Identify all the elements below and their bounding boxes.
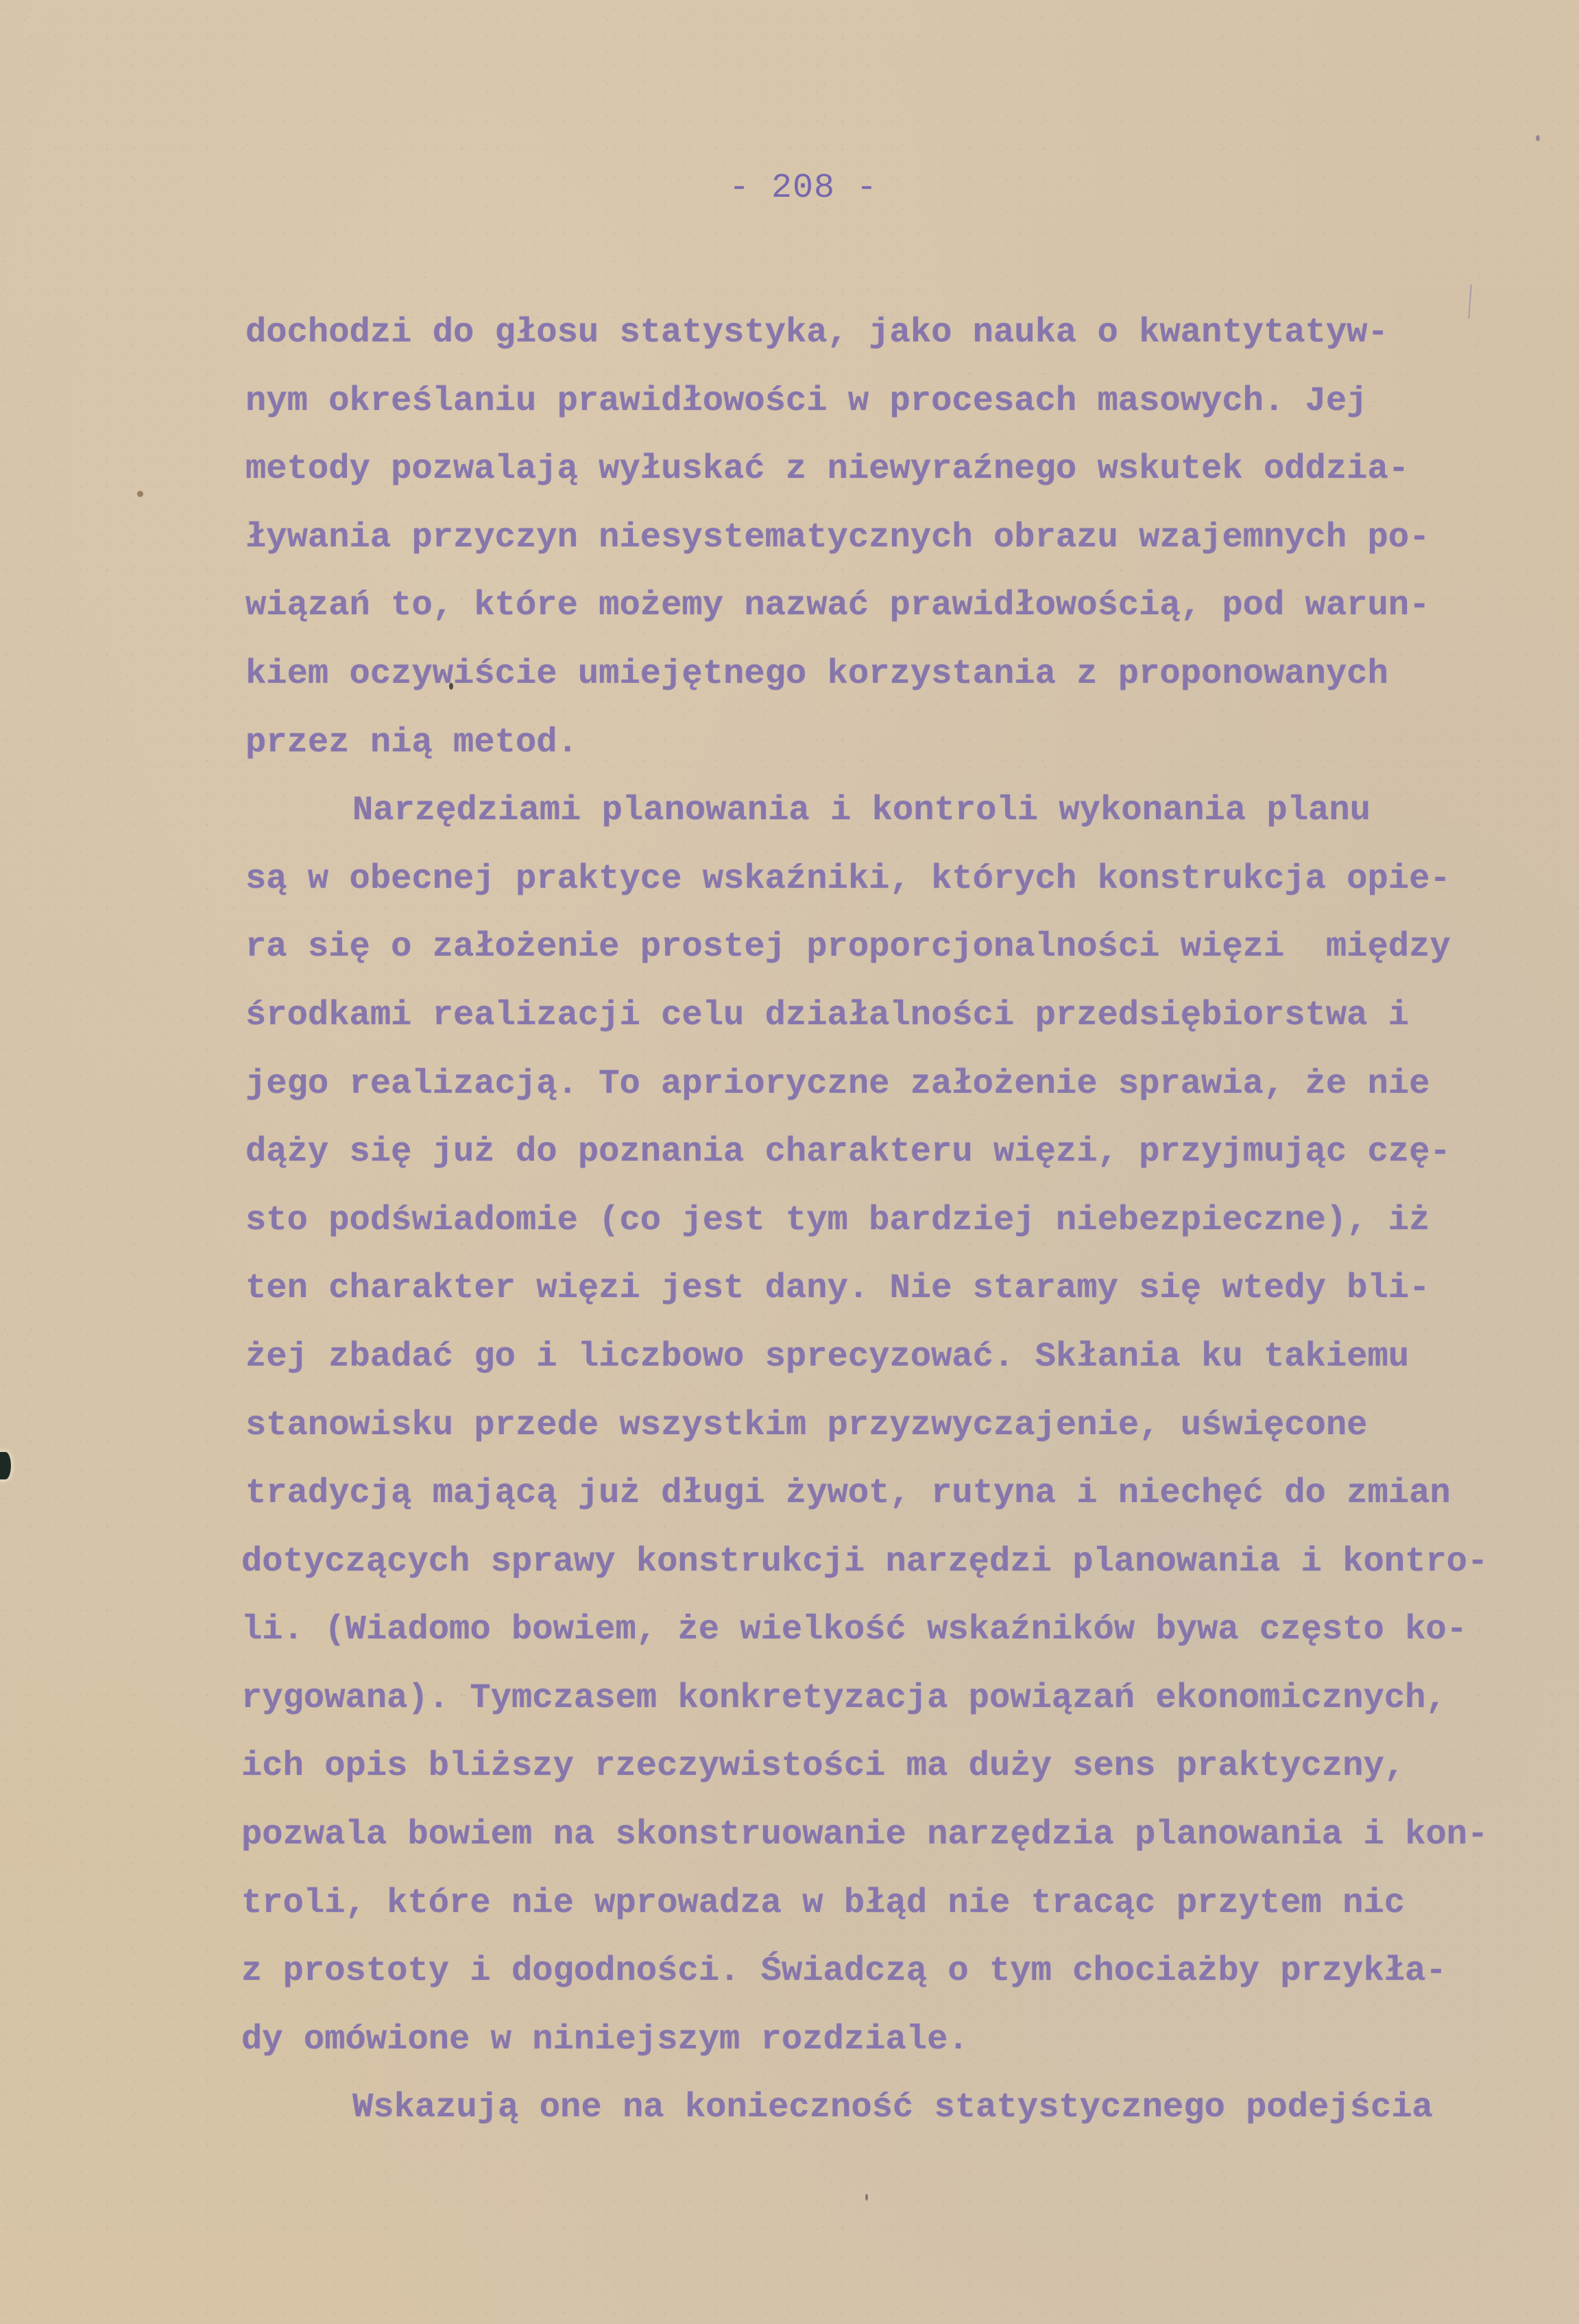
text-line: rygowana). Tymczasem konkretyzacja powią… [241, 1665, 1548, 1733]
punch-hole-mark [0, 1452, 11, 1479]
text-line: ływania przyczyn niesystematycznych obra… [245, 504, 1548, 572]
text-line: pozwala bowiem na skonstruowanie narzędz… [241, 1801, 1548, 1869]
text-line: kiem oczywiście umiejętnego korzystania … [245, 640, 1548, 709]
text-line: dotyczących sprawy konstrukcji narzędzi … [241, 1528, 1548, 1597]
text-line: ten charakter więzi jest dany. Nie stara… [245, 1255, 1548, 1323]
text-line: dy omówione w niniejszym rozdziale. [241, 2006, 1548, 2074]
typewritten-page: - 208 - dochodzi do głosu statystyka, ja… [0, 0, 1579, 2324]
text-line: tradycją mającą już długi żywot, rutyna … [245, 1460, 1548, 1528]
text-line: li. (Wiadomo bowiem, że wielkość wskaźni… [241, 1596, 1548, 1665]
page-number: - 208 - [0, 168, 1579, 209]
text-line: wiązań to, które możemy nazwać prawidłow… [245, 572, 1548, 640]
paragraph-start-line: Narzędziami planowania i kontroli wykona… [245, 777, 1548, 845]
text-line: stanowisku przede wszystkim przyzwyczaje… [245, 1392, 1548, 1460]
text-line: dochodzi do głosu statystyka, jako nauka… [245, 299, 1548, 367]
text-line: metody pozwalają wyłuskać z niewyraźnego… [245, 435, 1548, 504]
text-line: sto podświadomie (co jest tym bardziej n… [245, 1187, 1548, 1255]
text-line: przez nią metod. [245, 709, 1548, 777]
body-text: dochodzi do głosu statystyka, jako nauka… [245, 299, 1548, 2142]
ink-spot-mark [137, 491, 143, 497]
stray-dot-mark [1536, 135, 1540, 141]
text-line: jego realizacją. To aprioryczne założeni… [245, 1050, 1548, 1119]
paragraph-start-line: Wskazują one na konieczność statystyczne… [245, 2074, 1548, 2142]
text-line: z prostoty i dogodności. Świadczą o tym … [241, 1937, 1548, 2006]
text-line: ich opis bliższy rzeczywistości ma duży … [241, 1732, 1548, 1801]
text-line: nym określaniu prawidłowości w procesach… [245, 367, 1548, 436]
text-line: ra się o założenie prostej proporcjonaln… [245, 913, 1548, 982]
text-line: żej zbadać go i liczbowo sprecyzować. Sk… [245, 1323, 1548, 1392]
text-line: dąży się już do poznania charakteru więz… [245, 1118, 1548, 1187]
text-line: środkami realizacji celu działalności pr… [245, 982, 1548, 1050]
text-line: są w obecnej praktyce wskaźniki, których… [245, 845, 1548, 914]
stray-dot-mark [865, 2194, 868, 2201]
text-line: troli, które nie wprowadza w błąd nie tr… [241, 1869, 1548, 1938]
